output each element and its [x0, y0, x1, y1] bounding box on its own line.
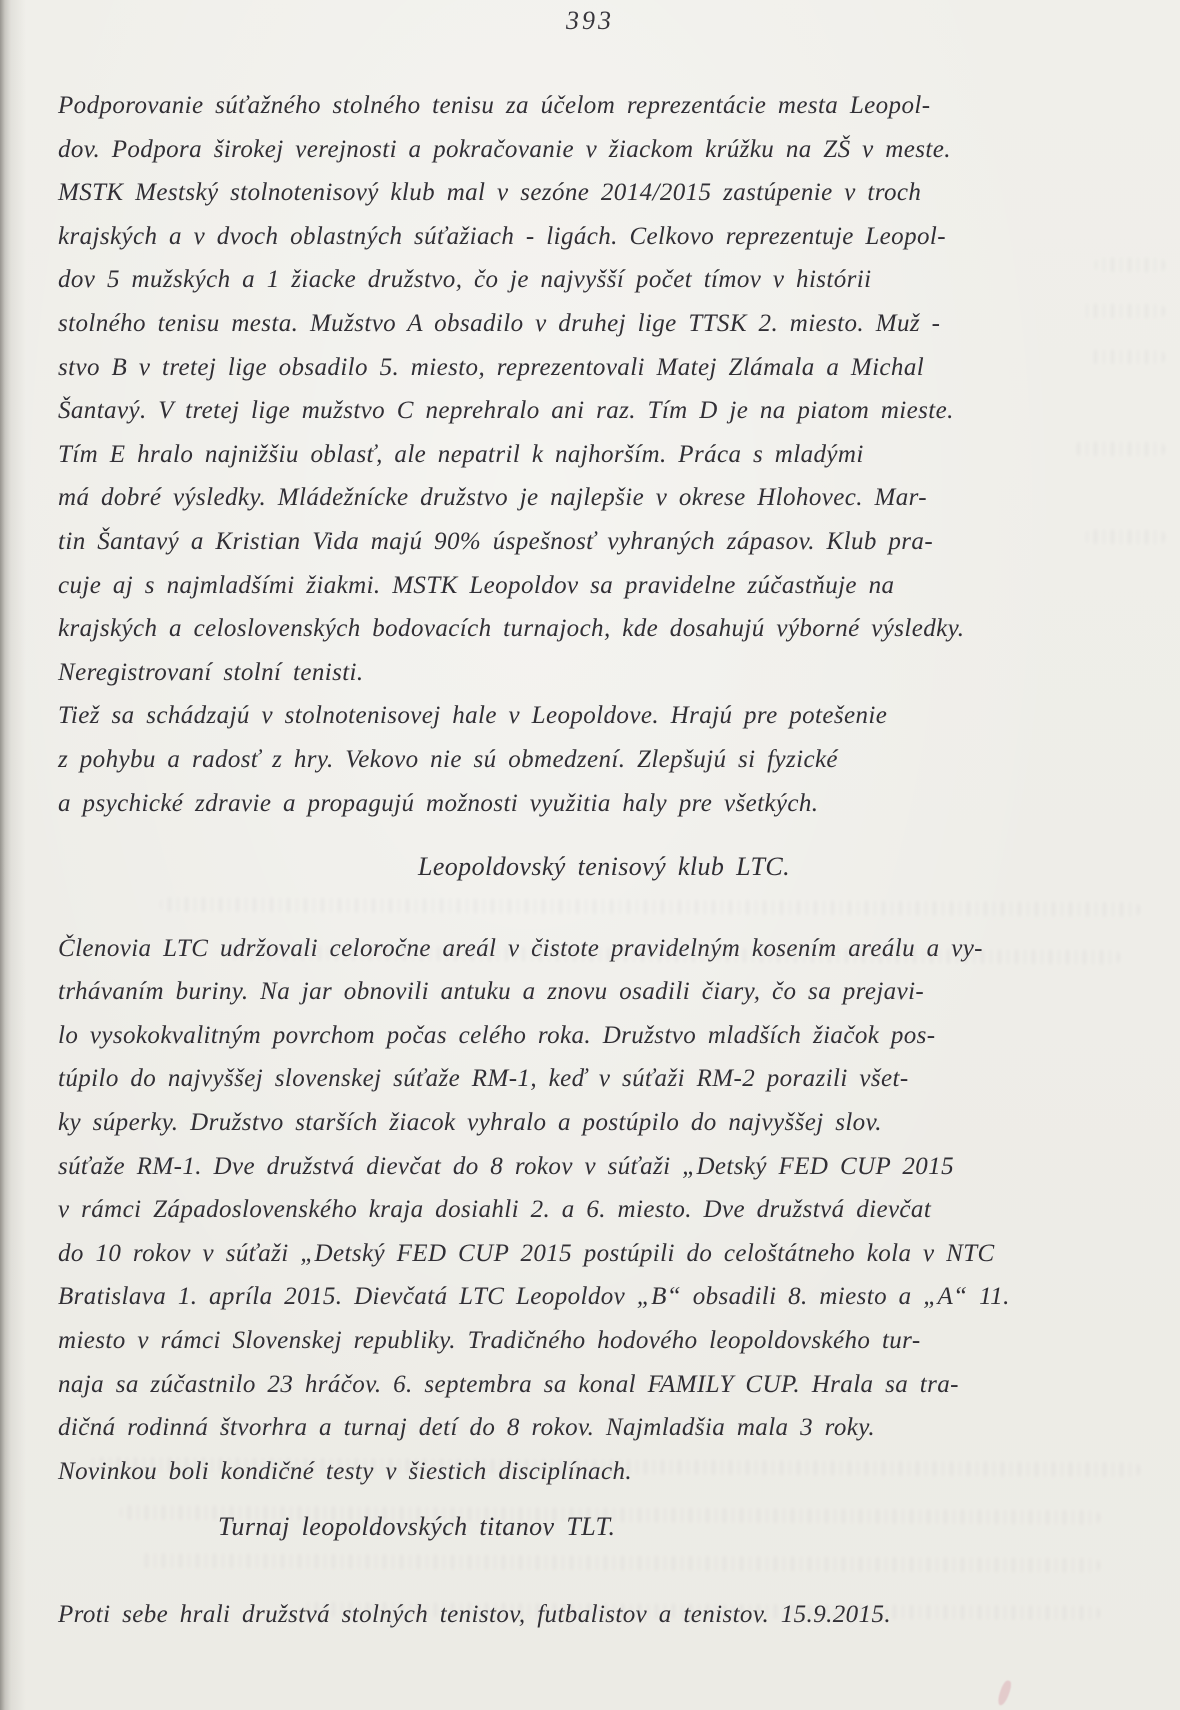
handwritten-line: krajských a v dvoch oblastných súťažiach…: [58, 215, 1150, 259]
handwritten-line: lo vysokokvalitným povrchom počas celého…: [58, 1014, 1150, 1058]
handwritten-line: z pohybu a radosť z hry. Vekovo nie sú o…: [58, 738, 1150, 782]
handwritten-line: túpilo do najvyššej slovenskej súťaže RM…: [58, 1057, 1150, 1101]
handwritten-line: cuje aj s najmladšími žiakmi. MSTK Leopo…: [58, 564, 1150, 608]
handwritten-line: má dobré výsledky. Mládežnícke družstvo …: [58, 476, 1150, 520]
page-number: 393: [0, 6, 1180, 36]
handwritten-line: a psychické zdravie a propagujú možnosti…: [58, 782, 1150, 826]
handwritten-line: súťaže RM-1. Dve družstvá dievčat do 8 r…: [58, 1145, 1150, 1189]
subheading-unregistered-players: Neregistrovaní stolní tenisti.: [58, 651, 1150, 695]
handwritten-line: miesto v rámci Slovenskej republiky. Tra…: [58, 1319, 1150, 1363]
handwritten-line: dov 5 mužských a 1 žiacke družstvo, čo j…: [58, 258, 1150, 302]
handwritten-line: Tiež sa schádzajú v stolnotenisovej hale…: [58, 694, 1150, 738]
handwritten-line: Šantavý. V tretej lige mužstvo C neprehr…: [58, 389, 1150, 433]
handwritten-line: Členovia LTC udržovali celoročne areál v…: [58, 927, 1150, 971]
handwritten-line: dov. Podpora širokej verejnosti a pokrač…: [58, 128, 1150, 172]
handwritten-line: Bratislava 1. apríla 2015. Dievčatá LTC …: [58, 1275, 1150, 1319]
section-heading-ltc: Leopoldovský tenisový klub LTC.: [58, 845, 1150, 889]
paragraph-ltc: Členovia LTC udržovali celoročne areál v…: [58, 927, 1150, 1494]
handwritten-line: trhávaním buriny. Na jar obnovili antuku…: [58, 970, 1150, 1014]
handwritten-line: Podporovanie súťažného stolného tenisu z…: [58, 84, 1150, 128]
handwritten-line: ky súperky. Družstvo starších žiacok vyh…: [58, 1101, 1150, 1145]
handwritten-line: v rámci Západoslovenského kraja dosiahli…: [58, 1188, 1150, 1232]
handwritten-line: tin Šantavý a Kristian Vida majú 90% úsp…: [58, 520, 1150, 564]
handwritten-line: do 10 rokov v súťaži „Detský FED CUP 201…: [58, 1232, 1150, 1276]
handwritten-line: dičná rodinná štvorhra a turnaj detí do …: [58, 1406, 1150, 1450]
handwritten-line: stvo B v tretej lige obsadilo 5. miesto,…: [58, 346, 1150, 390]
handwritten-text-block: Podporovanie súťažného stolného tenisu z…: [58, 84, 1150, 1637]
paragraph-mstk: Podporovanie súťažného stolného tenisu z…: [58, 84, 1150, 651]
handwritten-line: naja sa zúčastnilo 23 hráčov. 6. septemb…: [58, 1363, 1150, 1407]
section-heading-tlt: Turnaj leopoldovských titanov TLT.: [58, 1505, 1150, 1549]
handwritten-line: Proti sebe hrali družstvá stolných tenis…: [58, 1593, 1150, 1637]
notebook-page: 393 Podporovanie súťažného stolného teni…: [0, 0, 1180, 1710]
handwritten-line: Tím E hralo najnižšiu oblasť, ale nepatr…: [58, 433, 1150, 477]
handwritten-line: Novinkou boli kondičné testy v šiestich …: [58, 1450, 1150, 1494]
handwritten-line: krajských a celoslovenských bodovacích t…: [58, 607, 1150, 651]
paragraph-unregistered: Tiež sa schádzajú v stolnotenisovej hale…: [58, 694, 1150, 825]
handwritten-line: MSTK Mestský stolnotenisový klub mal v s…: [58, 171, 1150, 215]
handwritten-line: stolného tenisu mesta. Mužstvo A obsadil…: [58, 302, 1150, 346]
paper-stain: [996, 1679, 1013, 1707]
